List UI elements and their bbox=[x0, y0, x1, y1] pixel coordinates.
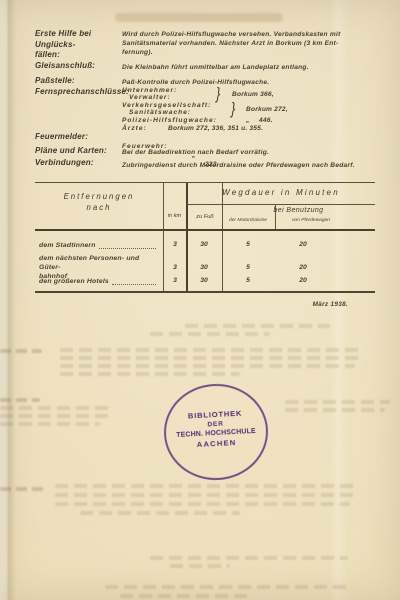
col-header-in-km: in km bbox=[163, 213, 186, 219]
bleedthrough-line bbox=[0, 414, 108, 418]
phone-directory: Unternehmer: Verwalter: } Borkum 366, Ve… bbox=[122, 87, 374, 133]
date-note: März 1938. bbox=[280, 301, 348, 308]
info-label-passstelle: Paßstelle: bbox=[35, 76, 125, 87]
cell-pferdewagen: 20 bbox=[299, 264, 307, 271]
col-header-pferdewagen: von Pferdewagen bbox=[275, 218, 347, 223]
dot-leader bbox=[99, 247, 156, 249]
phone-pair-1: Unternehmer: Verwalter: } Borkum 366, bbox=[122, 87, 374, 102]
cell-km: 3 bbox=[173, 264, 177, 271]
info-text-erste-hilfe: Wird durch Polizei-Hilfsflugwache verseh… bbox=[122, 30, 374, 57]
dot-leader bbox=[112, 283, 156, 285]
col-header-bei-benutzung: bei Benutzung bbox=[222, 207, 375, 214]
distance-table: Entfernungen nach in km Wegdauer in Minu… bbox=[35, 182, 375, 293]
info-text-gleisanschluss: Die Kleinbahn führt unmittelbar am Lande… bbox=[122, 63, 374, 72]
phone-pair-2: Verkehrsgesellschaft: Sanitätswache: } B… bbox=[122, 102, 374, 117]
phone-label-polizei-hilfsflugwache: Polizei-Hilfsflugwache: bbox=[122, 117, 217, 124]
col-header-motordraisine: der Motordraisine bbox=[222, 218, 274, 223]
phone-label-unternehmer: Unternehmer: bbox=[122, 87, 177, 94]
cell-km: 3 bbox=[173, 277, 177, 284]
table-row: dem Stadtinnern 3 30 5 20 bbox=[35, 241, 375, 253]
bleedthrough-line bbox=[55, 493, 355, 497]
info-label-plaene-und-karten: Pläne und Karten: bbox=[35, 146, 125, 157]
col-header-zu-fuss: zu Fuß bbox=[188, 214, 222, 220]
bleedthrough-line bbox=[170, 564, 230, 568]
info-text-passstelle: Paß-Kontrolle durch Polizei-Hilfsflugwac… bbox=[122, 78, 374, 87]
col-header-wegdauer: Wegdauer in Minuten bbox=[187, 188, 375, 197]
phone-numbers-aerzte: Borkum 272, 336, 351 u. 355. bbox=[168, 125, 263, 132]
bleedthrough-line bbox=[55, 484, 355, 488]
cell-motordraisine: 5 bbox=[246, 277, 250, 284]
cell-zu-fuss: 30 bbox=[200, 264, 208, 271]
bleedthrough-line bbox=[185, 324, 330, 328]
phone-label-verwalter: Verwalter: bbox=[129, 94, 177, 101]
bleedthrough-line bbox=[285, 400, 390, 404]
bleedthrough-line bbox=[0, 398, 40, 402]
cell-zu-fuss: 30 bbox=[200, 277, 208, 284]
library-stamp: BIBLIOTHEK DER TECHN. HOCHSCHULE AACHEN bbox=[162, 381, 271, 482]
bleedthrough-line bbox=[105, 585, 350, 589]
bleedthrough-line bbox=[60, 372, 240, 376]
table-header-heavy-rule bbox=[35, 229, 375, 231]
bleedthrough-line bbox=[150, 332, 270, 336]
row-label: dem Stadtinnern bbox=[39, 241, 96, 250]
bleedthrough-line bbox=[0, 349, 42, 353]
info-label-feuermelder: Feuermelder: bbox=[35, 132, 125, 143]
phone-number-366: Borkum 366, bbox=[232, 91, 274, 98]
cell-pferdewagen: 20 bbox=[299, 277, 307, 284]
bleedthrough-line bbox=[55, 502, 350, 506]
bleedthrough-line bbox=[150, 556, 348, 560]
info-text-plaene-und-karten: Bei der Badedirektion nach Bedarf vorrät… bbox=[122, 148, 374, 157]
table-row: dem nächsten Personen- und Güter- bahnho… bbox=[35, 254, 375, 275]
table-header-rule bbox=[187, 204, 375, 205]
ditto-mark: „ bbox=[246, 117, 250, 124]
phone-row-polizei: Polizei-Hilfsflugwache: „ 446. bbox=[122, 117, 374, 125]
phone-number-446: 446. bbox=[259, 117, 273, 124]
bleedthrough-line bbox=[60, 348, 360, 352]
cell-zu-fuss: 30 bbox=[200, 241, 208, 248]
row-label: den größeren Hotels bbox=[39, 277, 109, 286]
table-row: den größeren Hotels 3 30 5 20 bbox=[35, 277, 375, 289]
bleedthrough-line bbox=[0, 422, 100, 426]
cell-km: 3 bbox=[173, 241, 177, 248]
brace-glyph: } bbox=[216, 84, 220, 103]
cell-pferdewagen: 20 bbox=[299, 241, 307, 248]
cell-motordraisine: 5 bbox=[246, 264, 250, 271]
bleedthrough-line bbox=[0, 406, 110, 410]
phone-label-sanitaetswache: Sanitätswache: bbox=[129, 109, 211, 116]
info-label-erste-hilfe: Erste Hilfe bei Unglücks- fällen: bbox=[35, 29, 125, 61]
bleedthrough-line bbox=[120, 594, 250, 598]
col-header-entfernungen: Entfernungen nach bbox=[35, 191, 163, 213]
info-label-verbindungen: Verbindungen: bbox=[35, 158, 125, 169]
cell-motordraisine: 5 bbox=[246, 241, 250, 248]
bleedthrough-line bbox=[0, 487, 44, 491]
phone-label-verkehrsgesellschaft: Verkehrsgesellschaft: bbox=[122, 102, 211, 109]
bleedthrough-line bbox=[60, 356, 360, 360]
bleedthrough-heading bbox=[115, 13, 283, 22]
info-label-gleisanschluss: Gleisanschluß: bbox=[35, 61, 125, 72]
phone-row-aerzte: Ärzte: Borkum 272, 336, 351 u. 355. bbox=[122, 125, 374, 133]
brace-glyph: } bbox=[231, 99, 235, 118]
phone-number-272: Borkum 272, bbox=[246, 106, 288, 113]
bleedthrough-line bbox=[60, 364, 355, 368]
info-text-verbindungen: Zubringerdienst durch Motordraisine oder… bbox=[122, 161, 374, 170]
info-label-fernsprechanschluesse: Fernsprechanschlüsse: bbox=[35, 87, 125, 98]
phone-label-aerzte: Ärzte: bbox=[122, 125, 147, 132]
bleedthrough-line bbox=[80, 511, 240, 515]
document-page: Erste Hilfe bei Unglücks- fällen: Wird d… bbox=[0, 0, 400, 600]
bleedthrough-line bbox=[285, 408, 385, 412]
